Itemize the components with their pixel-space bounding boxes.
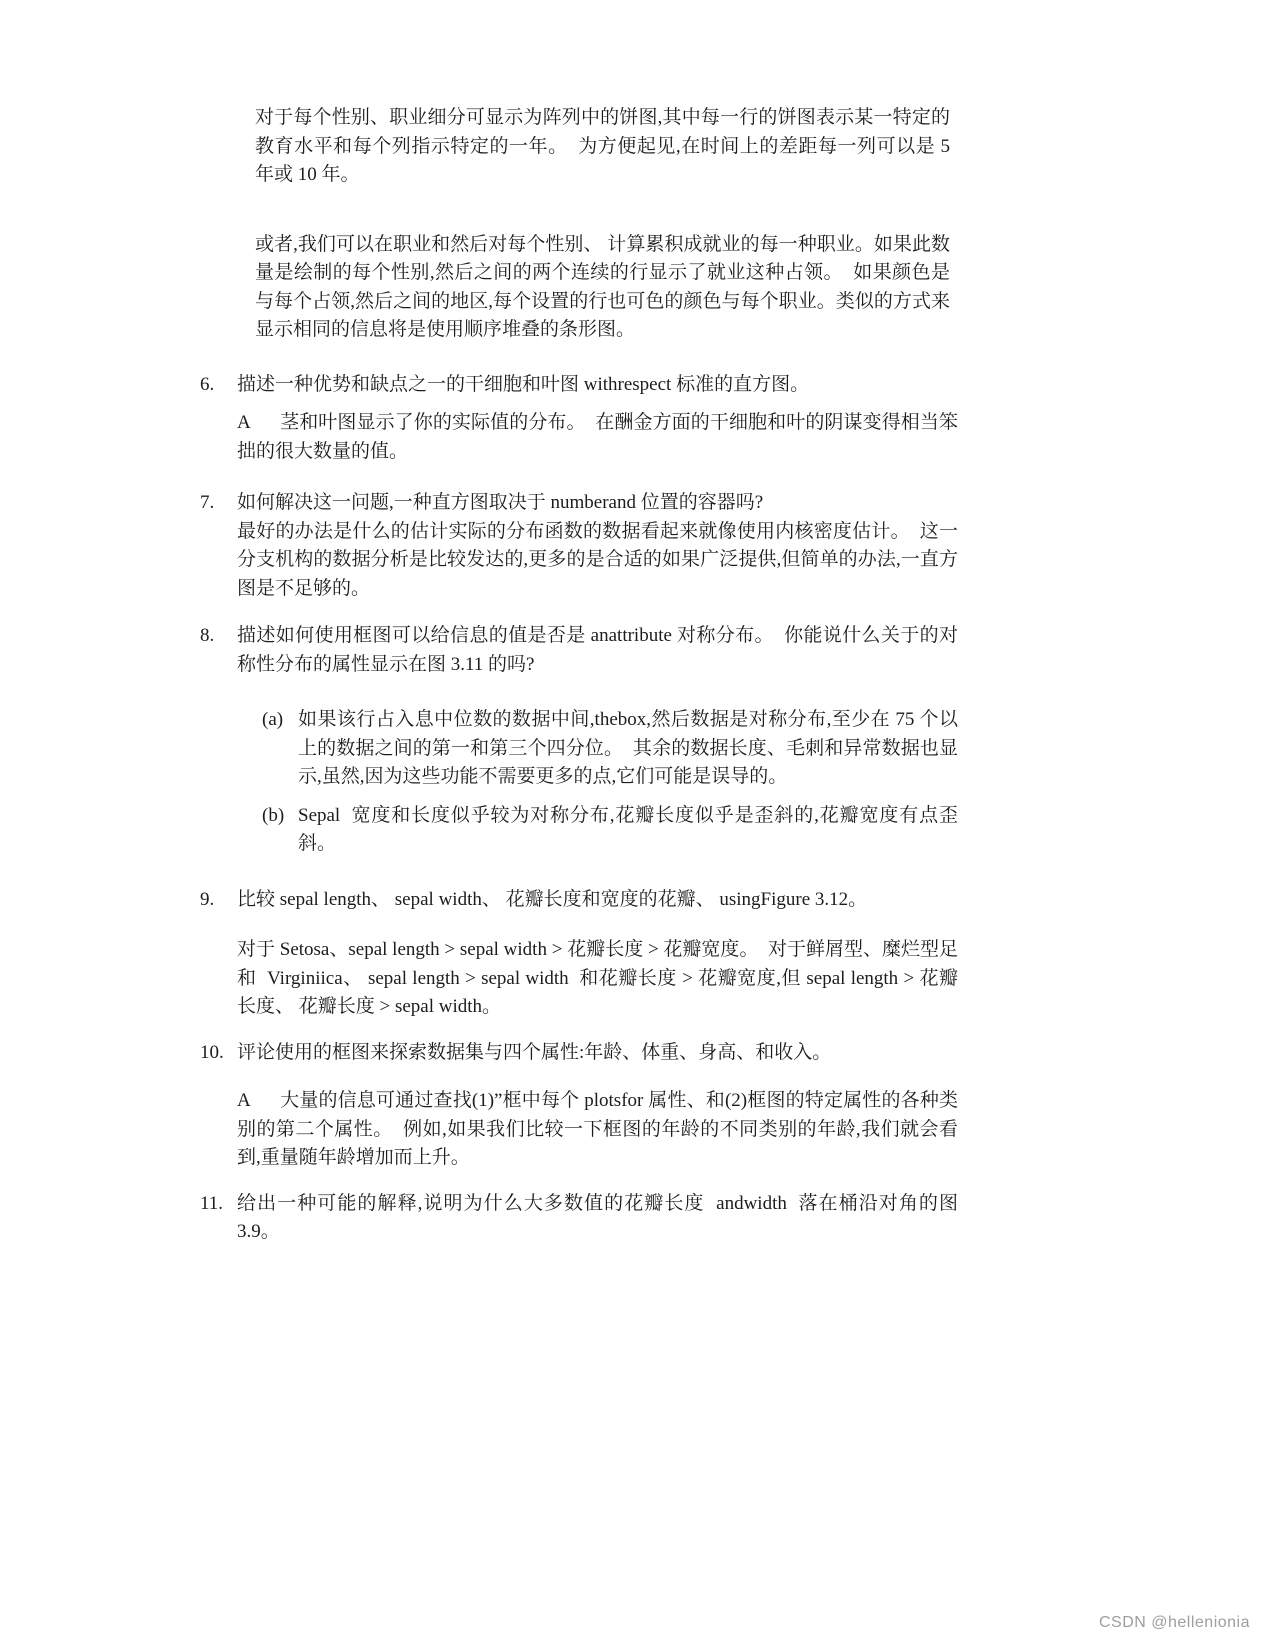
question-11: 11. 给出一种可能的解释,说明为什么大多数值的花瓣长度 andwidth 落在… xyxy=(200,1190,958,1247)
question-11-text: 给出一种可能的解释,说明为什么大多数值的花瓣长度 andwidth 落在桶沿对角… xyxy=(237,1190,958,1247)
answer-8a-text: 如果该行占入息中位数的数据中间,thebox,然后数据是对称分布,至少在 75 … xyxy=(298,706,958,792)
question-8: 8. 描述如何使用框图可以给信息的值是否是 anattribute 对称分布。 … xyxy=(200,622,958,679)
answer-10: A大量的信息可通过查找(1)”框中每个 plotsfor 属性、和(2)框图的特… xyxy=(237,1087,958,1173)
question-10-text: 评论使用的框图来探索数据集与四个属性:年龄、体重、身高、和收入。 xyxy=(237,1039,958,1068)
question-7-number: 7. xyxy=(200,489,237,518)
question-6: 6. 描述一种优势和缺点之一的干细胞和叶图 withrespect 标准的直方图… xyxy=(200,371,958,400)
question-10-number: 10. xyxy=(200,1039,237,1068)
answer-8a: (a) 如果该行占入息中位数的数据中间,thebox,然后数据是对称分布,至少在… xyxy=(262,706,958,792)
watermark: CSDN @hellenionia xyxy=(1099,1609,1250,1638)
answer-9-text: 对于 Setosa、sepal length > sepal width > 花… xyxy=(237,936,958,1022)
answer-6-label: A xyxy=(237,409,280,438)
answer-8a-marker: (a) xyxy=(262,706,298,735)
answer-10-label: A xyxy=(237,1087,280,1116)
question-9: 9. 比较 sepal length、 sepal width、 花瓣长度和宽度… xyxy=(200,886,958,915)
document-content: 对于每个性别、职业细分可显示为阵列中的饼图,其中每一行的饼图表示某一特定的教育水… xyxy=(200,104,958,1247)
question-6-text: 描述一种优势和缺点之一的干细胞和叶图 withrespect 标准的直方图。 xyxy=(237,371,958,400)
question-11-number: 11. xyxy=(200,1190,237,1219)
document-page: 对于每个性别、职业细分可显示为阵列中的饼图,其中每一行的饼图表示某一特定的教育水… xyxy=(0,0,1275,1649)
answer-10-text: 大量的信息可通过查找(1)”框中每个 plotsfor 属性、和(2)框图的特定… xyxy=(237,1090,958,1168)
answer-6: A茎和叶图显示了你的实际值的分布。 在酬金方面的干细胞和叶的阴谋变得相当笨拙的很… xyxy=(237,409,958,466)
question-9-text: 比较 sepal length、 sepal width、 花瓣长度和宽度的花瓣… xyxy=(237,886,958,915)
answer-7-text: 最好的办法是什么的估计实际的分布函数的数据看起来就像使用内核密度估计。 这一分支… xyxy=(237,518,958,604)
question-8-number: 8. xyxy=(200,622,237,651)
answer-6-text: 茎和叶图显示了你的实际值的分布。 在酬金方面的干细胞和叶的阴谋变得相当笨拙的很大… xyxy=(237,412,958,462)
question-7: 7. 如何解决这一问题,一种直方图取决于 numberand 位置的容器吗? 最… xyxy=(200,489,958,603)
answer-8b-marker: (b) xyxy=(262,802,298,831)
question-9-number: 9. xyxy=(200,886,237,915)
question-8-text: 描述如何使用框图可以给信息的值是否是 anattribute 对称分布。 你能说… xyxy=(237,622,958,679)
question-10: 10. 评论使用的框图来探索数据集与四个属性:年龄、体重、身高、和收入。 xyxy=(200,1039,958,1068)
answer-8b: (b) Sepal 宽度和长度似乎较为对称分布,花瓣长度似乎是歪斜的,花瓣宽度有… xyxy=(262,802,958,859)
intro-paragraph-2: 或者,我们可以在职业和然后对每个性别、 计算累积成就业的每一种职业。如果此数量是… xyxy=(255,231,950,345)
answer-8b-text: Sepal 宽度和长度似乎较为对称分布,花瓣长度似乎是歪斜的,花瓣宽度有点歪斜。 xyxy=(298,802,958,859)
question-6-number: 6. xyxy=(200,371,237,400)
intro-paragraph-1: 对于每个性别、职业细分可显示为阵列中的饼图,其中每一行的饼图表示某一特定的教育水… xyxy=(255,104,950,190)
question-7-text: 如何解决这一问题,一种直方图取决于 numberand 位置的容器吗? xyxy=(237,489,958,518)
